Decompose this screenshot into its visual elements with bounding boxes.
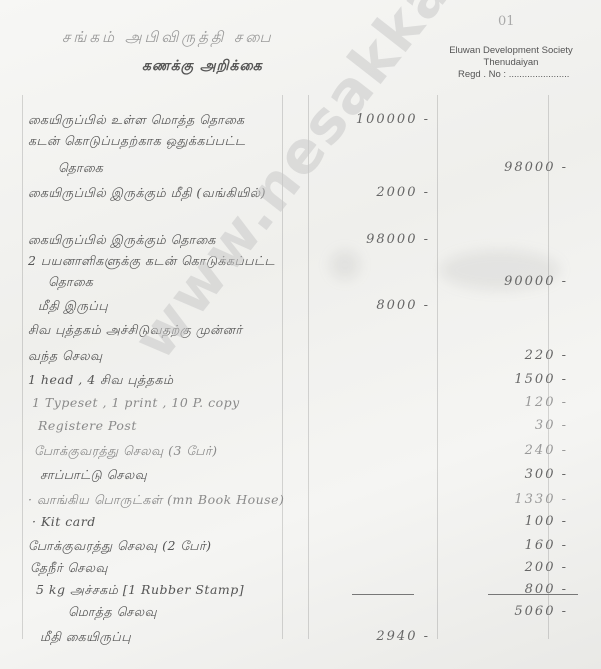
row-label: கையிருப்பில் உள்ள மொத்த தொகை xyxy=(28,112,244,129)
column-rule xyxy=(548,95,549,639)
row-label: 1 Typeset , 1 print , 10 P. copy xyxy=(32,395,240,410)
row-amount-col1: 8000 - xyxy=(376,298,430,313)
row-amount-col1: 2000 - xyxy=(376,185,430,200)
row-amount-col2: 90000 - xyxy=(504,274,568,289)
row-amount-col2: 1330 - xyxy=(514,492,568,507)
row-label: · Kit card xyxy=(32,514,96,529)
row-label: கையிருப்பில் இருக்கும் தொகை xyxy=(28,232,216,249)
row-label: வந்த செலவு xyxy=(28,348,103,365)
row-label: மீதி இருப்பு xyxy=(38,298,108,315)
registration-number: Regd . No : ....................... xyxy=(436,69,586,81)
row-label: சிவ புத்தகம் அச்சிடுவதற்கு முன்னர் xyxy=(28,322,242,339)
margin-rule xyxy=(22,95,23,639)
row-amount-col1: 100000 - xyxy=(356,112,430,127)
paper-stain xyxy=(330,250,360,280)
row-label: தொகை xyxy=(58,160,103,177)
row-amount-col1: 98000 - xyxy=(366,232,430,247)
row-label: தேநீர் செலவு xyxy=(30,560,108,577)
row-label: Registere Post xyxy=(38,418,137,433)
row-amount-col2: 200 - xyxy=(525,560,568,575)
row-label: 2 பயனாளிகளுக்கு கடன் கொடுக்கப்பட்ட xyxy=(28,253,275,270)
row-label: கடன் கொடுப்பதற்காக ஒதுக்கப்பட்ட xyxy=(28,133,246,150)
subtotal-rule xyxy=(352,594,414,595)
organization-name: Eluwan Development Society xyxy=(436,45,586,57)
row-amount-col2: 120 - xyxy=(525,395,568,410)
row-amount-col2: 160 - xyxy=(525,538,568,553)
row-amount-col2: 100 - xyxy=(525,514,568,529)
row-amount-col2: 5060 - xyxy=(514,604,568,619)
row-label: 5 kg அச்சகம் [1 Rubber Stamp] xyxy=(36,582,244,599)
row-amount-col2: 300 - xyxy=(525,467,568,482)
row-amount-col2: 98000 - xyxy=(504,160,568,175)
row-label: 1 head , 4 சிவ புத்தகம் xyxy=(28,372,174,389)
row-amount-col2: 1500 - xyxy=(514,372,568,387)
scanned-document-page: சங்கம் அபிவிருத்தி சபை கணக்கு அறிக்கை 01… xyxy=(0,0,601,669)
organization-place: Thenudaiyan xyxy=(436,57,586,69)
row-amount-col1: 2940 - xyxy=(376,629,430,644)
row-amount-col2: 240 - xyxy=(525,443,568,458)
document-subtitle: கணக்கு அறிக்கை xyxy=(142,58,263,76)
row-label: போக்குவரத்து செலவு (3 பேர்) xyxy=(34,443,217,460)
document-title: சங்கம் அபிவிருத்தி சபை xyxy=(62,28,274,48)
row-amount-col2: 220 - xyxy=(525,348,568,363)
row-label: தொகை xyxy=(48,274,93,291)
row-label: சாப்பாட்டு செலவு xyxy=(40,467,147,484)
row-amount-col2: 30 - xyxy=(535,418,568,433)
column-rule xyxy=(308,95,309,639)
page-number: 01 xyxy=(498,14,515,29)
row-label: மீதி கையிருப்பு xyxy=(40,629,131,646)
total-rule xyxy=(488,594,578,595)
column-rule xyxy=(282,95,283,639)
row-label: கையிருப்பில் இருக்கும் மீதி (வங்கியில்) xyxy=(28,185,266,202)
column-rule xyxy=(437,95,438,639)
row-label: · வாங்கிய பொருட்கள் (mn Book House) xyxy=(28,492,284,509)
row-label: போக்குவரத்து செலவு (2 பேர்) xyxy=(28,538,211,555)
organization-stamp: Eluwan Development Society Thenudaiyan R… xyxy=(436,45,586,81)
row-label: மொத்த செலவு xyxy=(68,604,157,621)
